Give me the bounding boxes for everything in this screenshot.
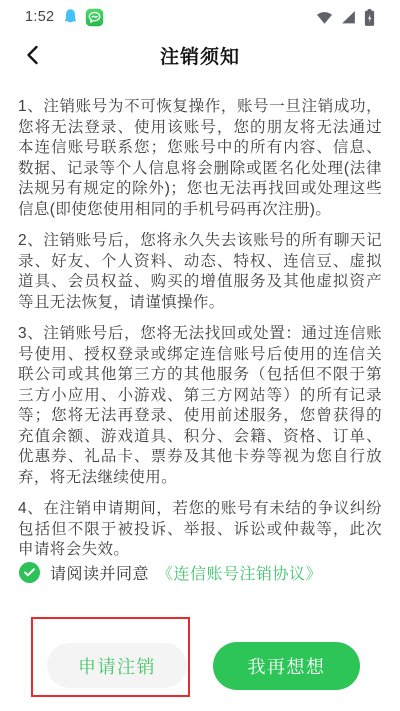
chat-app-icon — [85, 8, 104, 27]
wifi-icon — [315, 9, 334, 25]
cellular-signal-icon — [340, 9, 357, 25]
header: 注销须知 — [0, 34, 400, 76]
page-title: 注销须知 — [160, 42, 240, 69]
qq-notification-icon — [63, 8, 78, 26]
check-icon — [23, 567, 36, 578]
agreement-checkbox[interactable] — [19, 562, 40, 583]
agreement-row: 请阅读并同意 《连信账号注销协议》 — [19, 561, 322, 584]
back-button[interactable] — [16, 38, 50, 72]
apply-deletion-button[interactable]: 申请注销 — [47, 643, 187, 688]
status-bar: 1:52 — [0, 0, 400, 30]
notice-content: 1、注销账号为不可恢复操作，账号一旦注销成功，您将无法登录、使用该账号，您的朋友… — [0, 97, 400, 561]
status-bar-right — [309, 8, 376, 27]
agreement-text: 请阅读并同意 — [50, 561, 149, 584]
reconsider-button[interactable]: 我再想想 — [213, 642, 360, 690]
notice-paragraph-2: 2、注销账号后，您将永久失去该账号的所有聊天记录、好友、个人资料、动态、特权、连… — [18, 231, 382, 313]
notice-paragraph-3: 3、注销账号后，您将无法找回或处置：通过连信账号使用、授权登录或绑定连信账号后使… — [18, 324, 382, 488]
battery-charging-icon — [363, 8, 376, 27]
notice-paragraph-1: 1、注销账号为不可恢复操作，账号一旦注销成功，您将无法登录、使用该账号，您的朋友… — [18, 97, 382, 220]
back-chevron-icon — [23, 44, 43, 66]
status-time: 1:52 — [25, 9, 54, 25]
notice-paragraph-4: 4、在注销申请期间，若您的账号有未结的争议纠纷包括但不限于被投诉、举报、诉讼或仲… — [18, 499, 382, 561]
agreement-link[interactable]: 《连信账号注销协议》 — [157, 561, 322, 584]
account-deletion-notice-screen: 1:52 — [0, 0, 400, 711]
